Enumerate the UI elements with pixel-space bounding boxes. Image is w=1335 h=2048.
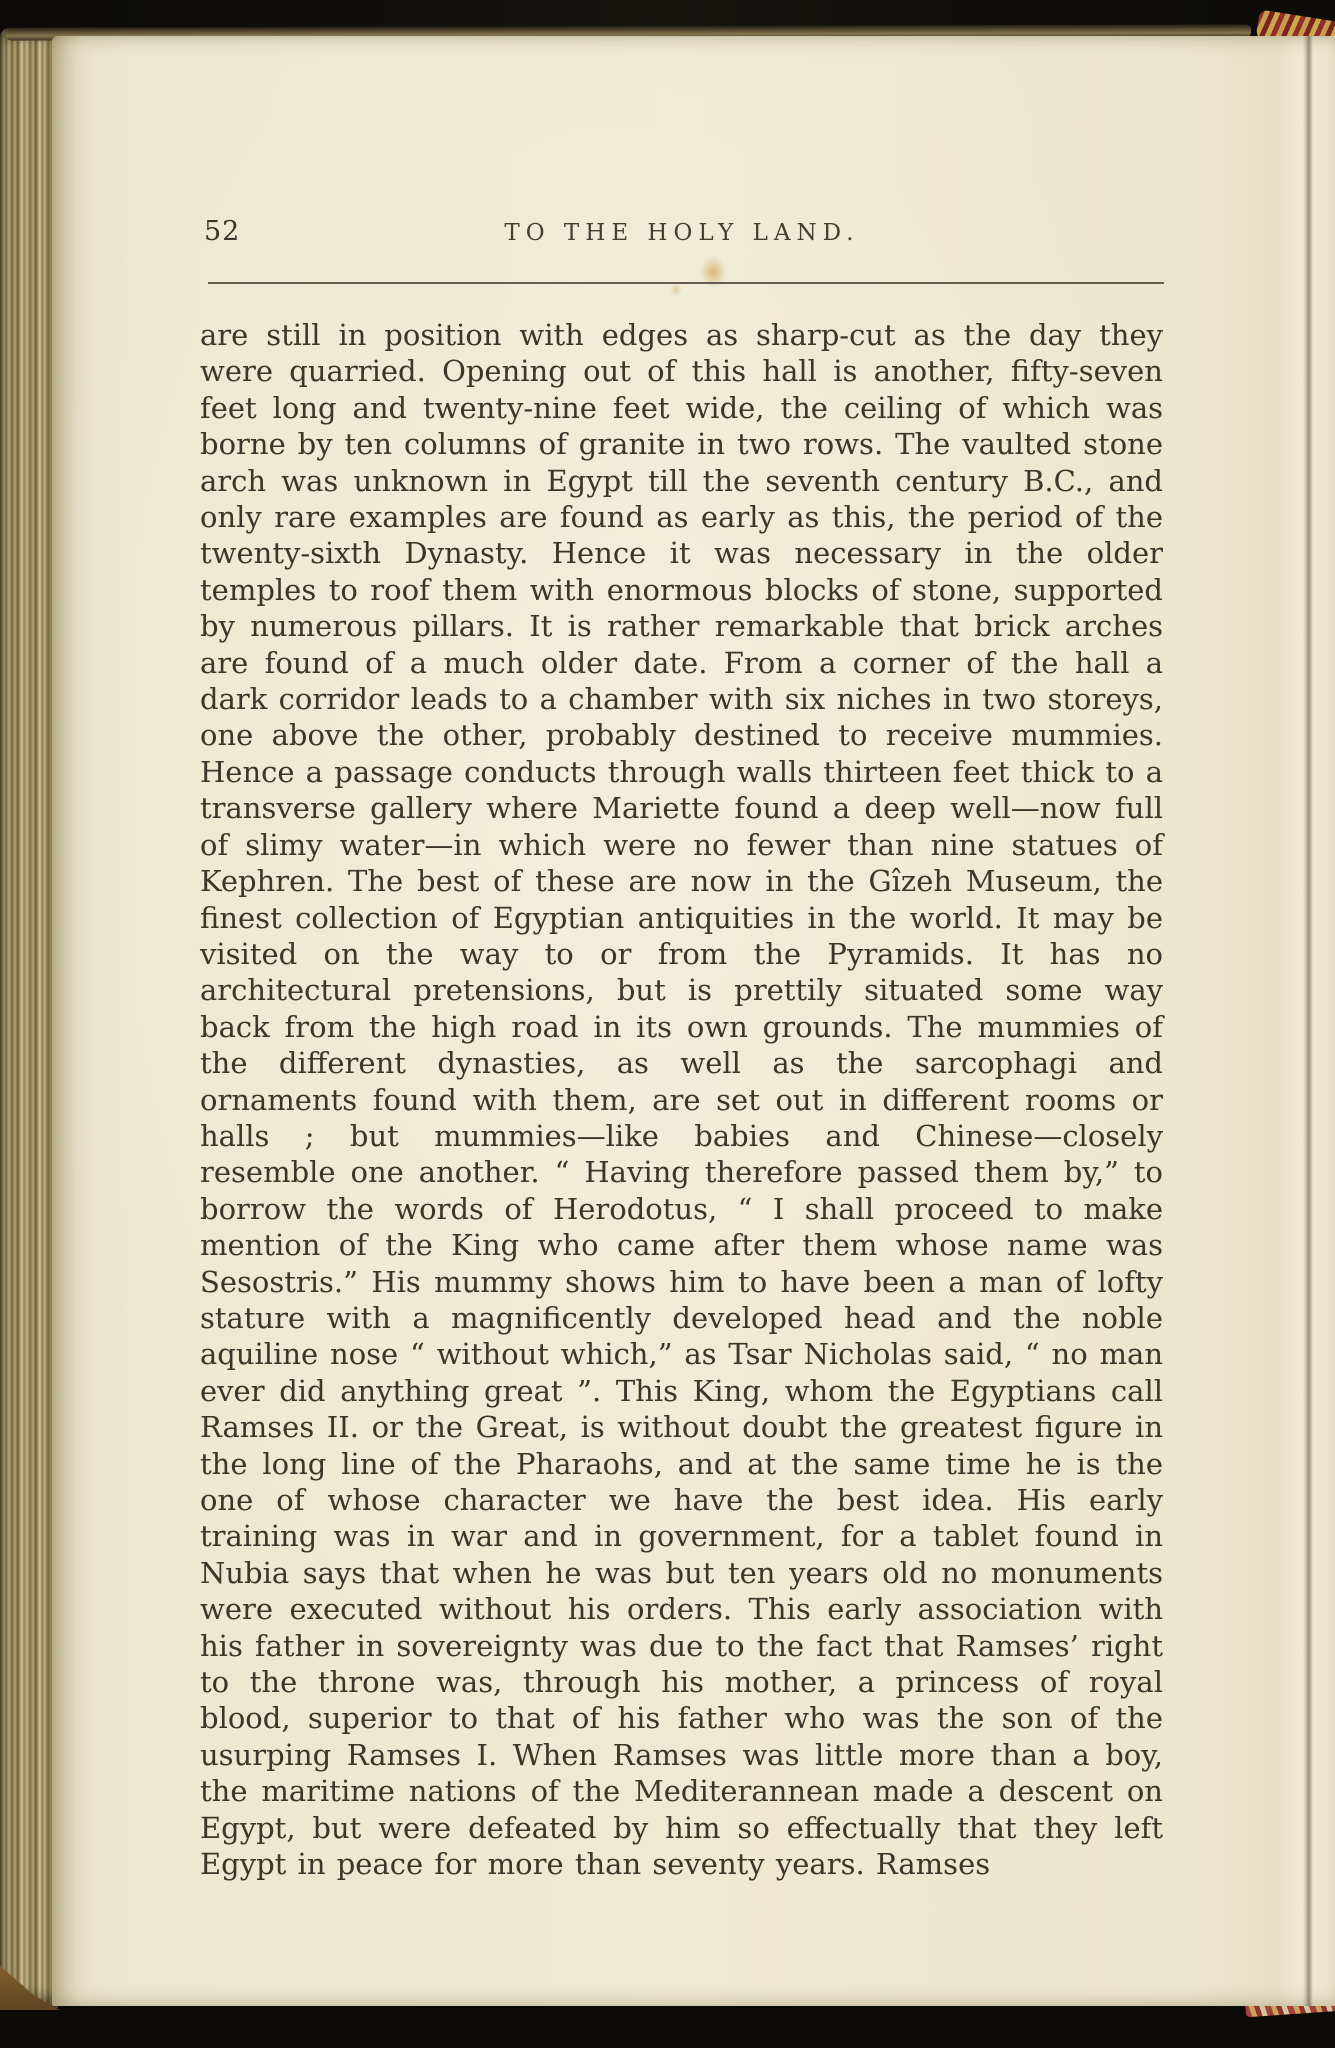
book-page: 52 TO THE HOLY LAND. are still in positi… — [52, 36, 1335, 2006]
running-header: TO THE HOLY LAND. — [504, 220, 859, 246]
page-number: 52 — [204, 216, 240, 247]
header-rule — [208, 282, 1164, 284]
book-photo: 52 TO THE HOLY LAND. are still in positi… — [0, 0, 1335, 2048]
page-fold — [1303, 36, 1313, 2006]
body-text: are still in position with edges as shar… — [200, 317, 1163, 1882]
paper-stain-small — [670, 284, 682, 296]
page-edges-stack — [0, 28, 58, 2008]
